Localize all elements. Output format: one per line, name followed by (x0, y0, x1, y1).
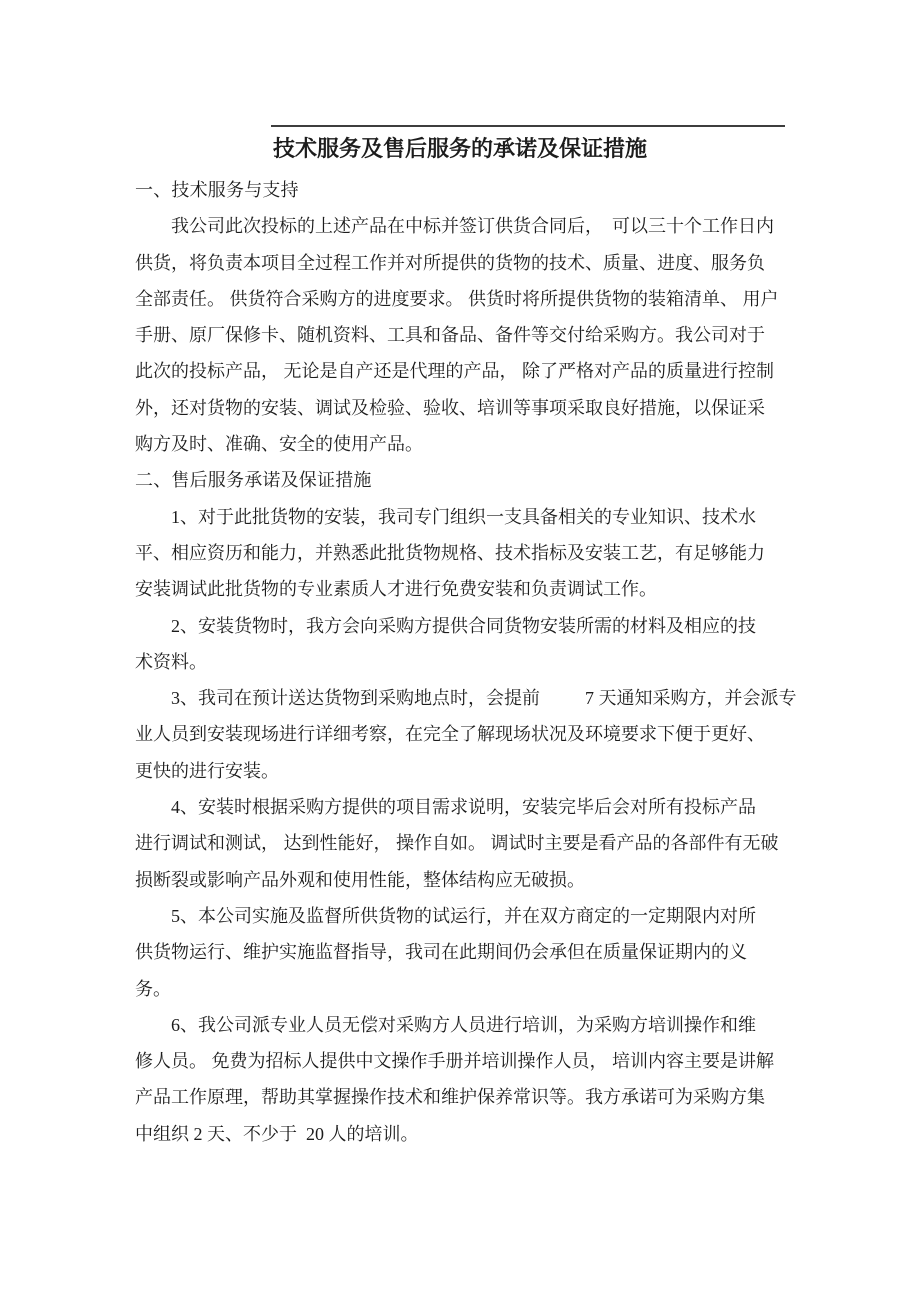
text-line: 购方及时、准确、安全的使用产品。 (135, 426, 795, 462)
text-line: 进行调试和测试， 达到性能好， 操作自如。 调试时主要是看产品的各部件有无破 (135, 825, 795, 861)
document-title: 技术服务及售后服务的承诺及保证措施 (135, 134, 785, 164)
text-line: 此次的投标产品， 无论是自产还是代理的产品， 除了严格对产品的质量进行控制 (135, 353, 795, 389)
text-line: 平、相应资历和能力，并熟悉此批货物规格、技术指标及安装工艺，有足够能力 (135, 535, 795, 571)
text-line: 6、我公司派专业人员无偿对采购方人员进行培训，为采购方培训操作和维 (135, 1007, 795, 1043)
section-heading-2: 二、售后服务承诺及保证措施 (135, 462, 795, 498)
text-line: 损断裂或影响产品外观和使用性能，整体结构应无破损。 (135, 862, 795, 898)
text-line: 供货物运行、维护实施监督指导，我司在此期间仍会承但在质量保证期内的义 (135, 934, 795, 970)
text-line: 中组织 2 天、不少于 20 人的培训。 (135, 1116, 795, 1152)
text-line: 务。 (135, 971, 795, 1007)
text-line: 我公司此次投标的上述产品在中标并签订供货合同后， 可以三十个工作日内 (135, 208, 795, 244)
text-line: 全部责任。 供货符合采购方的进度要求。 供货时将所提供货物的装箱清单、 用户 (135, 281, 795, 317)
document-page: 技术服务及售后服务的承诺及保证措施 一、技术服务与支持 我公司此次投标的上述产品… (0, 0, 920, 1303)
text-line: 4、安装时根据采购方提供的项目需求说明，安装完毕后会对所有投标产品 (135, 789, 795, 825)
text-line: 供货，将负责本项目全过程工作并对所提供的货物的技术、质量、进度、服务负 (135, 245, 795, 281)
text-line: 5、本公司实施及监督所供货物的试运行，并在双方商定的一定期限内对所 (135, 898, 795, 934)
title-overline-rule (271, 125, 785, 127)
section-heading-1: 一、技术服务与支持 (135, 172, 795, 208)
text-line: 术资料。 (135, 644, 795, 680)
text-line: 安装调试此批货物的专业素质人才进行免费安装和负责调试工作。 (135, 571, 795, 607)
text-line: 更快的进行安装。 (135, 753, 795, 789)
document-body: 一、技术服务与支持 我公司此次投标的上述产品在中标并签订供货合同后， 可以三十个… (135, 172, 795, 1152)
text-line: 业人员到安装现场进行详细考察，在完全了解现场状况及环境要求下便于更好、 (135, 716, 795, 752)
text-line: 外，还对货物的安装、调试及检验、验收、培训等事项采取良好措施，以保证采 (135, 390, 795, 426)
text-line: 手册、原厂保修卡、随机资料、工具和备品、备件等交付给采购方。我公司对于 (135, 317, 795, 353)
text-line: 3、我司在预计送达货物到采购地点时，会提前 7 天通知采购方，并会派专 (135, 680, 795, 716)
text-line: 2、安装货物时，我方会向采购方提供合同货物安装所需的材料及相应的技 (135, 608, 795, 644)
text-line: 1、对于此批货物的安装，我司专门组织一支具备相关的专业知识、技术水 (135, 499, 795, 535)
text-line: 产品工作原理，帮助其掌握操作技术和维护保养常识等。我方承诺可为采购方集 (135, 1079, 795, 1115)
text-line: 修人员。 免费为招标人提供中文操作手册并培训操作人员， 培训内容主要是讲解 (135, 1043, 795, 1079)
